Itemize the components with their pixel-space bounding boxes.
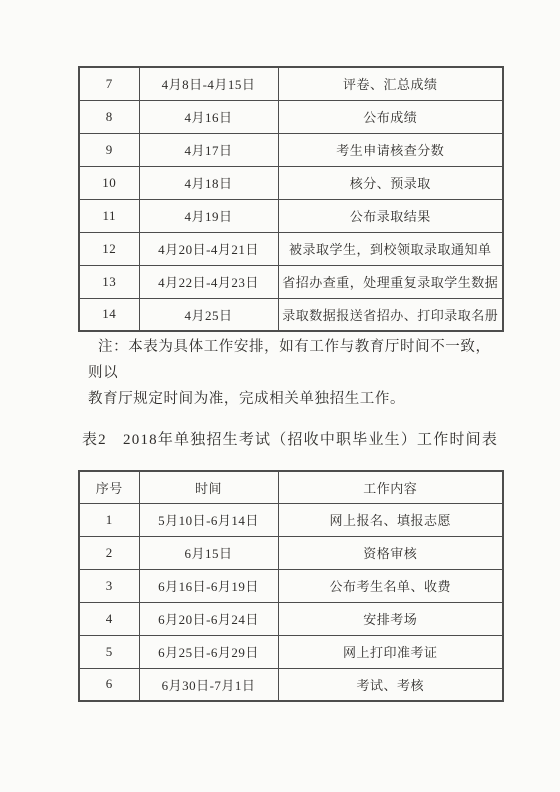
- table-row: 4 6月20日-6月24日 安排考场: [79, 602, 503, 635]
- seq-cell: 12: [79, 232, 139, 265]
- table-row: 10 4月18日 核分、预录取: [79, 166, 503, 199]
- seq-cell: 8: [79, 100, 139, 133]
- time-cell: 6月30日-7月1日: [139, 668, 278, 701]
- seq-cell: 3: [79, 569, 139, 602]
- content-cell: 省招办查重，处理重复录取学生数据: [278, 265, 503, 298]
- content-cell: 网上报名、填报志愿: [278, 503, 503, 536]
- note-line-2: 教育厅规定时间为准，完成相关单独招生工作。: [88, 386, 492, 412]
- seq-cell: 4: [79, 602, 139, 635]
- time-cell: 6月16日-6月19日: [139, 569, 278, 602]
- schedule-table-april: 7 4月8日-4月15日 评卷、汇总成绩 8 4月16日 公布成绩 9 4月17…: [78, 66, 504, 332]
- content-cell: 资格审核: [278, 536, 503, 569]
- note-line-1: 注：本表为具体工作安排，如有工作与教育厅时间不一致，则以: [88, 334, 492, 386]
- time-cell: 5月10日-6月14日: [139, 503, 278, 536]
- content-cell: 安排考场: [278, 602, 503, 635]
- time-cell: 4月8日-4月15日: [139, 67, 278, 100]
- table2-title: 表2 2018年单独招生考试（招收中职毕业生）工作时间表: [20, 428, 560, 449]
- table-row: 3 6月16日-6月19日 公布考生名单、收费: [79, 569, 503, 602]
- time-cell: 4月22日-4月23日: [139, 265, 278, 298]
- time-cell: 6月15日: [139, 536, 278, 569]
- table-row: 12 4月20日-4月21日 被录取学生，到校领取录取通知单: [79, 232, 503, 265]
- content-cell: 考试、考核: [278, 668, 503, 701]
- time-cell: 6月20日-6月24日: [139, 602, 278, 635]
- time-cell: 4月17日: [139, 133, 278, 166]
- table-row: 11 4月19日 公布录取结果: [79, 199, 503, 232]
- table-row: 9 4月17日 考生申请核查分数: [79, 133, 503, 166]
- time-cell: 4月16日: [139, 100, 278, 133]
- table-note: 注：本表为具体工作安排，如有工作与教育厅时间不一致，则以 教育厅规定时间为准，完…: [88, 334, 492, 412]
- content-cell: 录取数据报送省招办、打印录取名册: [278, 298, 503, 331]
- table-row: 1 5月10日-6月14日 网上报名、填报志愿: [79, 503, 503, 536]
- seq-cell: 6: [79, 668, 139, 701]
- time-cell: 4月18日: [139, 166, 278, 199]
- header-content: 工作内容: [278, 471, 503, 503]
- content-cell: 网上打印准考证: [278, 635, 503, 668]
- seq-cell: 7: [79, 67, 139, 100]
- content-cell: 评卷、汇总成绩: [278, 67, 503, 100]
- seq-cell: 9: [79, 133, 139, 166]
- table-row: 6 6月30日-7月1日 考试、考核: [79, 668, 503, 701]
- table-row: 13 4月22日-4月23日 省招办查重，处理重复录取学生数据: [79, 265, 503, 298]
- seq-cell: 13: [79, 265, 139, 298]
- table-row: 7 4月8日-4月15日 评卷、汇总成绩: [79, 67, 503, 100]
- seq-cell: 10: [79, 166, 139, 199]
- content-cell: 被录取学生，到校领取录取通知单: [278, 232, 503, 265]
- seq-cell: 2: [79, 536, 139, 569]
- table-header-row: 序号 时间 工作内容: [79, 471, 503, 503]
- table-row: 2 6月15日 资格审核: [79, 536, 503, 569]
- time-cell: 4月19日: [139, 199, 278, 232]
- table-row: 8 4月16日 公布成绩: [79, 100, 503, 133]
- header-time: 时间: [139, 471, 278, 503]
- content-cell: 公布录取结果: [278, 199, 503, 232]
- time-cell: 4月20日-4月21日: [139, 232, 278, 265]
- table-row: 5 6月25日-6月29日 网上打印准考证: [79, 635, 503, 668]
- time-cell: 4月25日: [139, 298, 278, 331]
- time-cell: 6月25日-6月29日: [139, 635, 278, 668]
- seq-cell: 11: [79, 199, 139, 232]
- header-seq: 序号: [79, 471, 139, 503]
- schedule-table-2: 序号 时间 工作内容 1 5月10日-6月14日 网上报名、填报志愿 2 6月1…: [78, 470, 504, 702]
- table-row: 14 4月25日 录取数据报送省招办、打印录取名册: [79, 298, 503, 331]
- document-page: 7 4月8日-4月15日 评卷、汇总成绩 8 4月16日 公布成绩 9 4月17…: [0, 0, 560, 792]
- seq-cell: 1: [79, 503, 139, 536]
- content-cell: 核分、预录取: [278, 166, 503, 199]
- seq-cell: 5: [79, 635, 139, 668]
- content-cell: 考生申请核查分数: [278, 133, 503, 166]
- content-cell: 公布考生名单、收费: [278, 569, 503, 602]
- seq-cell: 14: [79, 298, 139, 331]
- content-cell: 公布成绩: [278, 100, 503, 133]
